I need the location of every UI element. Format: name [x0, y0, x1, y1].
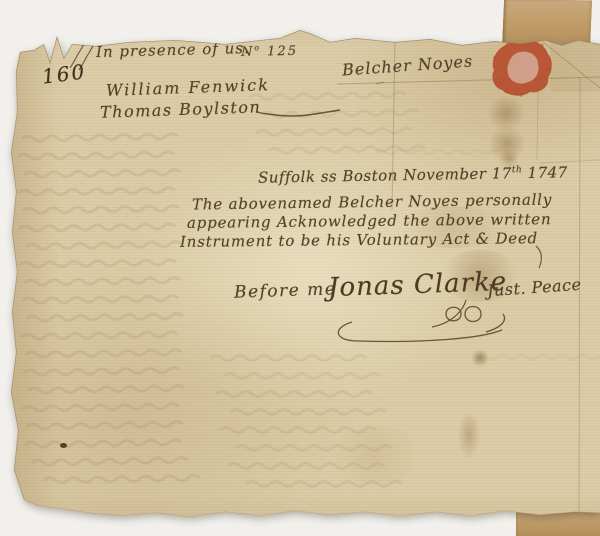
before-me-text: Before me	[234, 279, 337, 303]
justice-signature: Jonas Clarke	[328, 267, 508, 303]
endorsement-name: Belcher Noyes	[341, 51, 473, 79]
document-scan: In presence of us. No 125 Belcher Noyes …	[0, 0, 600, 536]
presence-line: In presence of us.	[96, 39, 250, 61]
folio-number: 160	[41, 59, 88, 88]
witness-signature-1: William Fenwick	[106, 75, 270, 100]
stain	[458, 412, 480, 458]
paper-sheet: In presence of us. No 125 Belcher Noyes …	[0, 0, 600, 536]
stain	[470, 350, 490, 366]
document-number: No 125	[241, 43, 298, 60]
folded-corner-shading	[550, 40, 600, 92]
venue-date-line: Suffolk ss Boston November 17th 1747	[258, 163, 568, 186]
acknowledgment-line-3: Instrument to be his Voluntary Act & Dee…	[180, 229, 538, 251]
signature-flourish-loops	[338, 300, 504, 342]
signature-flourish-dash	[256, 110, 340, 116]
stain	[330, 425, 420, 485]
witness-signature-2: Thomas Boylston	[100, 97, 262, 122]
ink-spot	[60, 443, 67, 448]
paper-sheet-wrap: In presence of us. No 125 Belcher Noyes …	[0, 0, 600, 536]
